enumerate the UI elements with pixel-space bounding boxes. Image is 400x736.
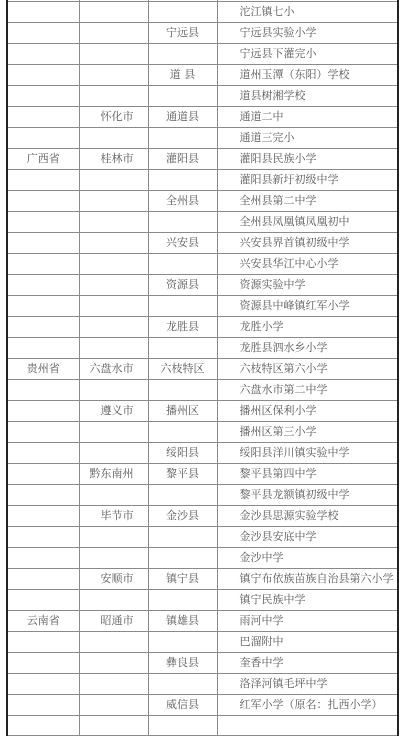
county-cell [148, 674, 217, 695]
school-cell: 金沙县安底中学 [217, 527, 398, 548]
province-cell: 云南省 [7, 611, 79, 632]
school-cell: 兴安县华江中心小学 [217, 254, 398, 275]
table-row: 宁远县下灌完小 [7, 44, 398, 65]
province-cell [7, 65, 79, 86]
table-row: 资源县中峰镇红军小学 [7, 296, 398, 317]
county-cell [148, 716, 217, 720]
table-row: 通道三完小 [7, 128, 398, 149]
table-row: 镇宁民族中学 [7, 590, 398, 611]
table-row: 道县树湘学校 [7, 86, 398, 107]
county-cell: 播州区 [148, 401, 217, 422]
county-cell: 兴安县 [148, 233, 217, 254]
table-row: 彝良县 奎香中学 [7, 653, 398, 674]
city-cell [79, 317, 148, 338]
table-row: 洛泽河镇毛坪中学 [7, 674, 398, 695]
county-cell [148, 254, 217, 275]
province-cell [7, 527, 79, 548]
school-cell: 六枝特区第六小学 [217, 359, 398, 380]
table-row: 怀化市 通道县 通道二中 [7, 107, 398, 128]
school-cell: 播州区保利小学 [217, 401, 398, 422]
table-row: 广西省 桂林市 灌阳县 灌阳县民族小学 [7, 149, 398, 170]
school-cell: 红军小学（原名：扎西小学） [217, 695, 398, 716]
province-cell [7, 107, 79, 128]
province-cell [7, 485, 79, 506]
city-cell [79, 695, 148, 716]
school-cell: 奎香中学 [217, 653, 398, 674]
school-cell: 黎平县第四中学 [217, 464, 398, 485]
county-cell: 灌阳县 [148, 149, 217, 170]
table-body: 沱江镇七小 宁远县 宁远县实验小学 宁远县下灌完小 道 县 道州玉潭（东阳）学校… [7, 0, 398, 719]
school-cell: 通道三完小 [217, 128, 398, 149]
county-cell [148, 422, 217, 443]
province-cell [7, 590, 79, 611]
table-row: 龙胜县 龙胜小学 [7, 317, 398, 338]
school-cell: 巴溜附中 [217, 632, 398, 653]
county-cell: 黎平县 [148, 464, 217, 485]
province-cell [7, 569, 79, 590]
school-cell: 龙胜县泗水乡小学 [217, 338, 398, 359]
school-cell: 雨河中学 [217, 611, 398, 632]
county-cell [148, 485, 217, 506]
table-row: 遵义市 播州区 播州区保利小学 [7, 401, 398, 422]
county-cell [148, 44, 217, 65]
province-cell: 贵州省 [7, 359, 79, 380]
county-cell: 彝良县 [148, 653, 217, 674]
school-cell: 黎平县龙额镇初级中学 [217, 485, 398, 506]
city-cell [79, 590, 148, 611]
table-row [7, 716, 398, 720]
school-cell: 道州玉潭（东阳）学校 [217, 65, 398, 86]
county-cell [148, 86, 217, 107]
province-cell [7, 317, 79, 338]
county-cell [148, 170, 217, 191]
province-cell [7, 44, 79, 65]
school-cell: 道县树湘学校 [217, 86, 398, 107]
table-container: 沱江镇七小 宁远县 宁远县实验小学 宁远县下灌完小 道 县 道州玉潭（东阳）学校… [6, 0, 397, 719]
city-cell [79, 653, 148, 674]
province-cell [7, 674, 79, 695]
school-cell: 金沙县思源实验学校 [217, 506, 398, 527]
province-cell [7, 233, 79, 254]
county-cell: 威信县 [148, 695, 217, 716]
table-row: 宁远县 宁远县实验小学 [7, 23, 398, 44]
county-cell: 金沙县 [148, 506, 217, 527]
table-row: 安顺市 镇宁县 镇宁布依族苗族自治县第六小学 [7, 569, 398, 590]
city-cell: 安顺市 [79, 569, 148, 590]
county-cell: 镇宁县 [148, 569, 217, 590]
table-row: 黎平县龙额镇初级中学 [7, 485, 398, 506]
city-cell: 黔东南州 [79, 464, 148, 485]
school-cell: 灌阳县新圩初级中学 [217, 170, 398, 191]
table-row: 巴溜附中 [7, 632, 398, 653]
province-cell [7, 170, 79, 191]
table-row: 播州区第三小学 [7, 422, 398, 443]
province-cell [7, 548, 79, 569]
province-cell [7, 275, 79, 296]
city-cell [79, 338, 148, 359]
school-list-table: 沱江镇七小 宁远县 宁远县实验小学 宁远县下灌完小 道 县 道州玉潭（东阳）学校… [6, 0, 399, 719]
table-row: 灌阳县新圩初级中学 [7, 170, 398, 191]
province-cell [7, 716, 79, 720]
county-cell: 资源县 [148, 275, 217, 296]
province-cell [7, 128, 79, 149]
school-cell: 龙胜小学 [217, 317, 398, 338]
city-cell [79, 527, 148, 548]
city-cell: 毕节市 [79, 506, 148, 527]
province-cell [7, 653, 79, 674]
city-cell [79, 422, 148, 443]
county-cell [148, 296, 217, 317]
school-cell: 镇宁民族中学 [217, 590, 398, 611]
province-cell [7, 464, 79, 485]
county-cell [148, 128, 217, 149]
city-cell [79, 674, 148, 695]
city-cell [79, 65, 148, 86]
table-row: 绥阳县 绥阳县洋川镇实验中学 [7, 443, 398, 464]
province-cell: 广西省 [7, 149, 79, 170]
county-cell: 龙胜县 [148, 317, 217, 338]
school-cell: 金沙中学 [217, 548, 398, 569]
table-row: 毕节市 金沙县 金沙县思源实验学校 [7, 506, 398, 527]
county-cell: 通道县 [148, 107, 217, 128]
province-cell [7, 338, 79, 359]
province-cell [7, 23, 79, 44]
city-cell [79, 128, 148, 149]
county-cell: 六枝特区 [148, 359, 217, 380]
city-cell [79, 191, 148, 212]
school-cell: 全州县第二中学 [217, 191, 398, 212]
city-cell [79, 170, 148, 191]
county-cell [148, 2, 217, 23]
county-cell [148, 338, 217, 359]
county-cell [148, 590, 217, 611]
table-row: 龙胜县泗水乡小学 [7, 338, 398, 359]
county-cell: 绥阳县 [148, 443, 217, 464]
county-cell [148, 527, 217, 548]
school-cell: 沱江镇七小 [217, 2, 398, 23]
county-cell [148, 632, 217, 653]
table-row: 黔东南州 黎平县 黎平县第四中学 [7, 464, 398, 485]
city-cell [79, 233, 148, 254]
county-cell [148, 548, 217, 569]
school-cell: 资源实验中学 [217, 275, 398, 296]
county-cell [148, 380, 217, 401]
school-cell: 绥阳县洋川镇实验中学 [217, 443, 398, 464]
city-cell: 遵义市 [79, 401, 148, 422]
school-cell: 全州县凤凰镇凤凰初中 [217, 212, 398, 233]
school-cell: 宁远县实验小学 [217, 23, 398, 44]
table-row: 兴安县 兴安县界首镇初级中学 [7, 233, 398, 254]
table-row: 资源县 资源实验中学 [7, 275, 398, 296]
city-cell [79, 44, 148, 65]
table-row: 全州县凤凰镇凤凰初中 [7, 212, 398, 233]
city-cell [79, 296, 148, 317]
table-row: 云南省 昭通市 镇雄县 雨河中学 [7, 611, 398, 632]
city-cell [79, 2, 148, 23]
county-cell: 镇雄县 [148, 611, 217, 632]
province-cell [7, 401, 79, 422]
county-cell: 道 县 [148, 65, 217, 86]
city-cell: 桂林市 [79, 149, 148, 170]
province-cell [7, 380, 79, 401]
province-cell [7, 695, 79, 716]
table-row: 金沙县安底中学 [7, 527, 398, 548]
school-cell: 镇宁布依族苗族自治县第六小学 [217, 569, 398, 590]
city-cell: 怀化市 [79, 107, 148, 128]
table-row: 全州县 全州县第二中学 [7, 191, 398, 212]
city-cell [79, 380, 148, 401]
city-cell: 昭通市 [79, 611, 148, 632]
city-cell [79, 86, 148, 107]
city-cell: 六盘水市 [79, 359, 148, 380]
province-cell [7, 632, 79, 653]
table-row: 威信县 红军小学（原名：扎西小学） [7, 695, 398, 716]
province-cell [7, 506, 79, 527]
city-cell [79, 254, 148, 275]
table-row: 沱江镇七小 [7, 2, 398, 23]
province-cell [7, 2, 79, 23]
province-cell [7, 212, 79, 233]
table-row: 六盘水市第二中学 [7, 380, 398, 401]
province-cell [7, 422, 79, 443]
school-cell: 宁远县下灌完小 [217, 44, 398, 65]
table-row: 道 县 道州玉潭（东阳）学校 [7, 65, 398, 86]
city-cell [79, 212, 148, 233]
province-cell [7, 86, 79, 107]
table-row: 金沙中学 [7, 548, 398, 569]
school-cell [217, 716, 398, 720]
school-cell: 通道二中 [217, 107, 398, 128]
county-cell: 宁远县 [148, 23, 217, 44]
city-cell [79, 548, 148, 569]
city-cell [79, 716, 148, 720]
school-cell: 播州区第三小学 [217, 422, 398, 443]
county-cell: 全州县 [148, 191, 217, 212]
school-cell: 六盘水市第二中学 [217, 380, 398, 401]
table-row: 兴安县华江中心小学 [7, 254, 398, 275]
school-cell: 兴安县界首镇初级中学 [217, 233, 398, 254]
table-row: 贵州省 六盘水市 六枝特区 六枝特区第六小学 [7, 359, 398, 380]
city-cell [79, 443, 148, 464]
province-cell [7, 443, 79, 464]
school-cell: 资源县中峰镇红军小学 [217, 296, 398, 317]
county-cell [148, 212, 217, 233]
province-cell [7, 296, 79, 317]
province-cell [7, 191, 79, 212]
city-cell [79, 275, 148, 296]
school-cell: 灌阳县民族小学 [217, 149, 398, 170]
province-cell [7, 254, 79, 275]
school-cell: 洛泽河镇毛坪中学 [217, 674, 398, 695]
city-cell [79, 485, 148, 506]
city-cell [79, 23, 148, 44]
city-cell [79, 632, 148, 653]
